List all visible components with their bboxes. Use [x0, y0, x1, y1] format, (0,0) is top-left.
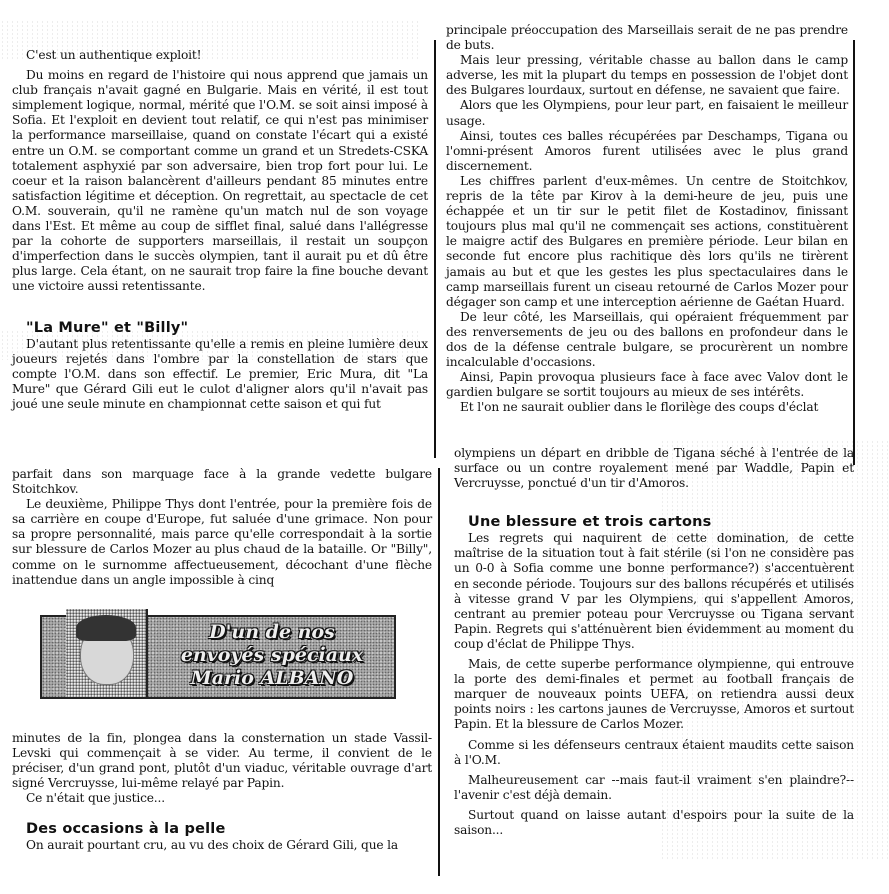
paragraph: minutes de la fin, plongea dans la const… — [12, 731, 432, 791]
subheading-des-occasions: Des occasions à la pelle — [12, 820, 432, 838]
paragraph: Surtout quand on laisse autant d'espoirs… — [454, 808, 854, 838]
paragraph: olympiens un départ en dribble de Tigana… — [454, 446, 854, 491]
reporter-photo — [66, 609, 148, 697]
right-column-lower: olympiens un départ en dribble de Tigana… — [454, 446, 854, 838]
paragraph: Ainsi, toutes ces balles récupérées par … — [446, 129, 848, 174]
column-rule-left-lower — [438, 468, 440, 876]
paragraph: Les chiffres parlent d'eux-mêmes. Un cen… — [446, 174, 848, 310]
paragraph: On aurait pourtant cru, au vu des choix … — [12, 838, 432, 853]
byline-box: D'un de nos envoyés spéciaux Mario ALBAN… — [40, 615, 396, 699]
left-column-lower: parfait dans son marquage face à la gran… — [12, 467, 432, 588]
paragraph: D'autant plus retentissante qu'elle a re… — [12, 337, 428, 412]
paragraph: Du moins en regard de l'histoire qui nou… — [12, 68, 428, 294]
paragraph: Les regrets qui naquirent de cette domin… — [454, 531, 854, 652]
hair-image — [76, 615, 136, 641]
column-rule-right — [853, 40, 855, 465]
right-column-upper: principale préoccupation des Marseillais… — [446, 23, 848, 415]
byline-line-3: Mario ALBANO — [150, 667, 394, 690]
paragraph: Comme si les défenseurs centraux étaient… — [454, 738, 854, 768]
paragraph: Le deuxième, Philippe Thys dont l'entrée… — [12, 497, 432, 588]
paragraph: Malheureusement car --mais faut-il vraim… — [454, 773, 854, 803]
paragraph: De leur côté, les Marseillais, qui opéra… — [446, 310, 848, 370]
paragraph: Mais, de cette superbe performance olymp… — [454, 657, 854, 732]
byline-line-1: D'un de nos — [150, 621, 394, 644]
paragraph: parfait dans son marquage face à la gran… — [12, 467, 432, 497]
column-rule-left-upper — [434, 40, 436, 458]
left-column-bottom: minutes de la fin, plongea dans la const… — [12, 731, 432, 854]
byline-line-2: envoyés spéciaux — [150, 644, 394, 667]
paragraph: Alors que les Olympiens, pour leur part,… — [446, 98, 848, 128]
paragraph: Mais leur pressing, véritable chasse au … — [446, 53, 848, 98]
byline-text: D'un de nos envoyés spéciaux Mario ALBAN… — [150, 621, 394, 690]
subheading-la-mure-billy: "La Mure" et "Billy" — [12, 319, 428, 337]
paragraph: principale préoccupation des Marseillais… — [446, 23, 848, 53]
paragraph: Ainsi, Papin provoqua plusieurs face à f… — [446, 370, 848, 400]
subheading-une-blessure: Une blessure et trois cartons — [454, 513, 854, 531]
lead-sentence: C'est un authentique exploit! — [12, 48, 428, 63]
left-column-upper: C'est un authentique exploit! Du moins e… — [12, 48, 428, 412]
paragraph: Et l'on ne saurait oublier dans le flori… — [446, 400, 848, 415]
paragraph: Ce n'était que justice... — [12, 791, 432, 806]
